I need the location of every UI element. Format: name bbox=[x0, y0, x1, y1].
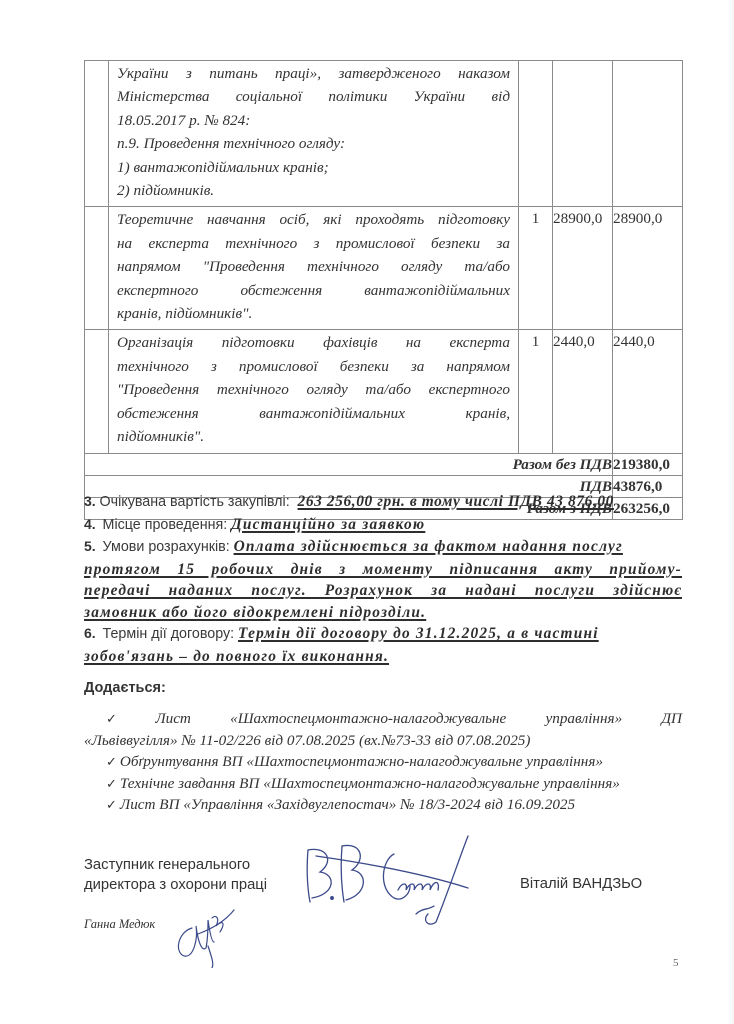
checkmark-icon: ✓ bbox=[106, 754, 117, 769]
description-line: напрямом "Проведення технічного огляду т… bbox=[117, 255, 510, 278]
attachments-title: Додається: bbox=[84, 680, 166, 696]
attachment-item-continued: «Львіввугілля» № 11-02/226 від 07.08.202… bbox=[84, 730, 682, 752]
item-value: передачі наданих послуг. Розрахунок за н… bbox=[84, 582, 682, 599]
item-payment-terms: 5. Умови розрахунків: Оплата здійснюєтьс… bbox=[84, 536, 682, 623]
table-row: Організація підготовки фахівців на експе… bbox=[85, 330, 683, 453]
sum-cell: 2440,0 bbox=[613, 330, 683, 453]
total-label: Разом без ПДВ bbox=[85, 453, 613, 475]
item-expected-cost: 3. Очікувана вартість закупівлі: 263 256… bbox=[84, 491, 682, 514]
document-page: України з питань праці», затвердженого н… bbox=[0, 0, 734, 1024]
position-line: директора з охорони праці bbox=[84, 875, 267, 895]
signatory-position: Заступник генерального директора з охоро… bbox=[84, 855, 267, 895]
total-row-without-vat: Разом без ПДВ 219380,0 bbox=[85, 453, 683, 475]
item-number: 6. bbox=[84, 625, 96, 641]
checkmark-icon: ✓ bbox=[106, 711, 152, 726]
contract-terms: 3. Очікувана вартість закупівлі: 263 256… bbox=[84, 491, 682, 667]
attachment-text: Лист ВП «Управління «Західвуглепостач» №… bbox=[120, 796, 575, 813]
item-contract-term: 6. Термін дії договору: Термін дії догов… bbox=[84, 623, 682, 667]
executor-name: Ганна Медюк bbox=[84, 917, 155, 932]
item-number: 4. bbox=[84, 516, 96, 532]
item-label: Умови розрахунків: bbox=[103, 539, 230, 555]
description-line: Міністерства соціальної політики України… bbox=[117, 85, 510, 108]
handwritten-signature-icon bbox=[298, 832, 478, 928]
item-value: 263 256,00 грн. в тому числі ПДВ 43 876,… bbox=[298, 493, 614, 510]
description-cell: Організація підготовки фахівців на експе… bbox=[109, 330, 519, 453]
attachment-text: Технічне завдання ВП «Шахтоспецмонтажно-… bbox=[120, 775, 620, 792]
item-value: Дистанційно за заявкою bbox=[231, 516, 425, 533]
description-line: 1) вантажопідіймальних кранів; bbox=[117, 156, 510, 179]
item-label: Очікувана вартість закупівлі: bbox=[100, 494, 290, 510]
row-number-cell bbox=[85, 207, 109, 330]
description-line: "Проведення технічного огляду та/або екс… bbox=[117, 378, 510, 401]
sum-cell: 28900,0 bbox=[613, 207, 683, 330]
description-line: Теоретичне навчання осіб, які проходять … bbox=[117, 208, 510, 231]
description-line: кранів, підйомників". bbox=[117, 302, 510, 325]
attachment-text: Обґрунтування ВП «Шахтоспецмонтажно-нала… bbox=[120, 753, 603, 770]
procurement-table: України з питань праці», затвердженого н… bbox=[84, 60, 683, 520]
sum-cell bbox=[613, 61, 683, 207]
description-line: п.9. Проведення технічного огляду: bbox=[117, 132, 510, 155]
description-cell: України з питань праці», затвердженого н… bbox=[109, 61, 519, 207]
item-value: замовник або його відокремлені підрозділ… bbox=[84, 604, 426, 621]
description-line: обстеження вантажопідіймальних кранів, bbox=[117, 402, 510, 425]
executor-signature-icon bbox=[168, 898, 238, 968]
quantity-cell: 1 bbox=[519, 330, 553, 453]
attachment-item: ✓Технічне завдання ВП «Шахтоспецмонтажно… bbox=[84, 773, 682, 795]
item-label: Термін дії договору: bbox=[103, 626, 235, 642]
page-number: 5 bbox=[673, 957, 679, 969]
table-row: України з питань праці», затвердженого н… bbox=[85, 61, 683, 207]
description-line: експертного обстеження вантажопідіймальн… bbox=[117, 279, 510, 302]
item-value: протягом 15 робочих днів з моменту підпи… bbox=[84, 561, 682, 578]
description-line: України з питань праці», затвердженого н… bbox=[117, 62, 510, 85]
signatory-name: Віталій ВАНДЗЬО bbox=[520, 876, 642, 892]
quantity-cell bbox=[519, 61, 553, 207]
item-value: Оплата здійснюється за фактом надання по… bbox=[234, 538, 623, 555]
price-cell: 2440,0 bbox=[553, 330, 613, 453]
attachments-list: ✓Лист «Шахтоспецмонтажно-налагоджувальне… bbox=[84, 708, 682, 816]
item-number: 5. bbox=[84, 538, 96, 554]
table-row: Теоретичне навчання осіб, які проходять … bbox=[85, 207, 683, 330]
attachment-item: ✓Обґрунтування ВП «Шахтоспецмонтажно-нал… bbox=[84, 751, 682, 773]
position-line: Заступник генерального bbox=[84, 855, 267, 875]
quantity-cell: 1 bbox=[519, 207, 553, 330]
attachment-item: ✓Лист «Шахтоспецмонтажно-налагоджувальне… bbox=[84, 708, 682, 730]
description-line: підйомників". bbox=[117, 425, 510, 448]
item-number: 3. bbox=[84, 493, 96, 509]
description-cell: Теоретичне навчання осіб, які проходять … bbox=[109, 207, 519, 330]
item-value: зобов'язань – до повного їх виконання. bbox=[84, 648, 389, 665]
item-value: Термін дії договору до 31.12.2025, а в ч… bbox=[238, 625, 599, 642]
item-location: 4. Місце проведення: Дистанційно за заяв… bbox=[84, 514, 682, 537]
row-number-cell bbox=[85, 61, 109, 207]
price-cell bbox=[553, 61, 613, 207]
description-line: Організація підготовки фахівців на експе… bbox=[117, 331, 510, 354]
page-edge-shadow bbox=[728, 0, 734, 1024]
description-line: 18.05.2017 р. № 824: bbox=[117, 109, 510, 132]
attachment-text: Лист «Шахтоспецмонтажно-налагоджувальне … bbox=[155, 710, 682, 727]
checkmark-icon: ✓ bbox=[106, 776, 117, 791]
total-value: 219380,0 bbox=[613, 453, 683, 475]
description-line: 2) підйомників. bbox=[117, 179, 510, 202]
attachment-item: ✓Лист ВП «Управління «Західвуглепостач» … bbox=[84, 794, 682, 816]
description-line: технічного з промислової безпеки за напр… bbox=[117, 355, 510, 378]
price-cell: 28900,0 bbox=[553, 207, 613, 330]
item-label: Місце проведення: bbox=[103, 517, 228, 533]
checkmark-icon: ✓ bbox=[106, 797, 117, 812]
row-number-cell bbox=[85, 330, 109, 453]
description-line: на експерта технічного з промислової без… bbox=[117, 232, 510, 255]
